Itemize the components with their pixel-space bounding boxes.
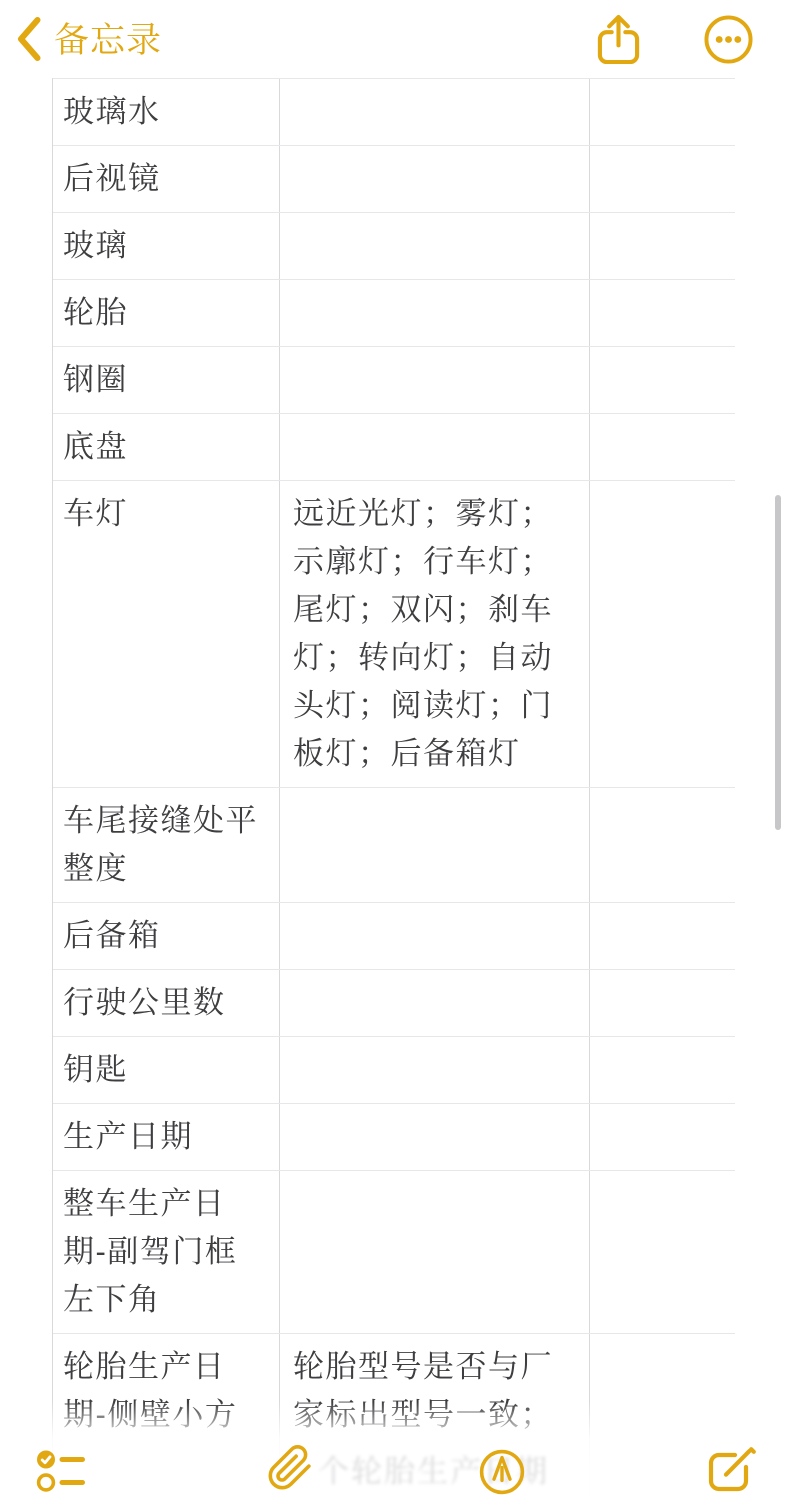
table-row: 钢圈 <box>53 346 735 413</box>
share-icon <box>596 13 641 66</box>
share-button[interactable] <box>596 13 641 66</box>
detail-cell[interactable] <box>280 970 590 1036</box>
table-row: 后备箱 <box>53 902 735 969</box>
item-cell[interactable]: 玻璃水 <box>53 79 280 145</box>
item-cell[interactable]: 后视镜 <box>53 146 280 212</box>
table-row: 整车生产日期-副驾门框左下角 <box>53 1170 735 1333</box>
more-button[interactable] <box>703 14 754 65</box>
table-row: 生产日期 <box>53 1103 735 1170</box>
table-row: 玻璃水 <box>53 78 735 145</box>
notes-screen: 备忘录 <box>0 0 786 1502</box>
detail-cell[interactable] <box>280 1037 590 1103</box>
result-cell[interactable] <box>590 1104 735 1170</box>
table-row: 钥匙 <box>53 1036 735 1103</box>
markup-button[interactable] <box>478 1448 526 1496</box>
result-cell[interactable] <box>590 481 735 787</box>
detail-cell[interactable] <box>280 414 590 480</box>
item-cell[interactable]: 车灯 <box>53 481 280 787</box>
item-cell[interactable]: 生产日期 <box>53 1104 280 1170</box>
back-button[interactable]: 备忘录 <box>16 16 162 62</box>
item-cell[interactable]: 行驶公里数 <box>53 970 280 1036</box>
item-cell[interactable]: 后备箱 <box>53 903 280 969</box>
result-cell[interactable] <box>590 146 735 212</box>
detail-cell[interactable] <box>280 1104 590 1170</box>
nav-actions <box>596 13 754 66</box>
item-cell[interactable]: 车尾接缝处平整度 <box>53 788 280 902</box>
table-row: 车尾接缝处平整度 <box>53 787 735 902</box>
item-cell[interactable]: 玻璃 <box>53 213 280 279</box>
chevron-left-icon <box>16 16 42 62</box>
detail-cell[interactable] <box>280 213 590 279</box>
detail-cell[interactable] <box>280 79 590 145</box>
detail-cell[interactable] <box>280 788 590 902</box>
item-cell[interactable]: 轮胎 <box>53 280 280 346</box>
result-cell[interactable] <box>590 1171 735 1333</box>
table-row: 底盘 <box>53 413 735 480</box>
detail-cell[interactable] <box>280 146 590 212</box>
table-row: 行驶公里数 <box>53 969 735 1036</box>
attachment-button[interactable] <box>266 1444 314 1492</box>
item-cell[interactable]: 钥匙 <box>53 1037 280 1103</box>
result-cell[interactable] <box>590 213 735 279</box>
item-cell[interactable]: 钢圈 <box>53 347 280 413</box>
result-cell[interactable] <box>590 79 735 145</box>
item-cell[interactable]: 整车生产日期-副驾门框左下角 <box>53 1171 280 1333</box>
detail-cell[interactable] <box>280 280 590 346</box>
scrollbar-thumb[interactable] <box>775 495 781 830</box>
result-cell[interactable] <box>590 903 735 969</box>
detail-cell[interactable] <box>280 347 590 413</box>
detail-cell[interactable]: 远近光灯；雾灯；示廓灯；行车灯；尾灯；双闪；刹车灯；转向灯；自动头灯；阅读灯；门… <box>280 481 590 787</box>
compose-button[interactable] <box>704 1444 758 1496</box>
result-cell[interactable] <box>590 280 735 346</box>
result-cell[interactable] <box>590 1037 735 1103</box>
result-cell[interactable] <box>590 414 735 480</box>
nav-bar: 备忘录 <box>0 0 786 78</box>
detail-cell[interactable] <box>280 903 590 969</box>
bottom-toolbar <box>0 1438 786 1502</box>
car-inspection-table[interactable]: 玻璃水 后视镜 玻璃 轮胎 钢圈 底盘 <box>52 78 735 1495</box>
detail-cell[interactable] <box>280 1171 590 1333</box>
back-label: 备忘录 <box>54 21 162 58</box>
table-row: 车灯 远近光灯；雾灯；示廓灯；行车灯；尾灯；双闪；刹车灯；转向灯；自动头灯；阅读… <box>53 480 735 787</box>
table-row: 玻璃 <box>53 212 735 279</box>
checklist-button[interactable] <box>36 1450 86 1494</box>
paperclip-icon <box>266 1444 314 1492</box>
item-cell[interactable]: 底盘 <box>53 414 280 480</box>
result-cell[interactable] <box>590 788 735 902</box>
table-row: 轮胎 <box>53 279 735 346</box>
table-row: 后视镜 <box>53 145 735 212</box>
result-cell[interactable] <box>590 347 735 413</box>
ellipsis-circle-icon <box>703 14 754 65</box>
result-cell[interactable] <box>590 970 735 1036</box>
checklist-icon <box>36 1450 86 1494</box>
markup-pen-icon <box>478 1448 526 1496</box>
compose-icon <box>704 1444 758 1496</box>
